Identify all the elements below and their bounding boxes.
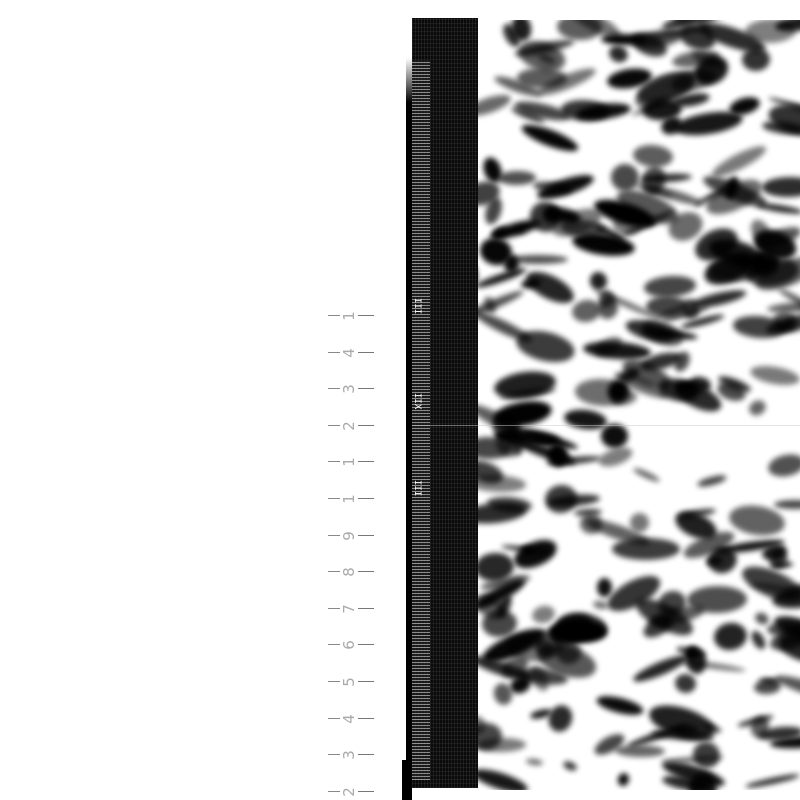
tick-line xyxy=(358,425,374,426)
texture-blob xyxy=(546,702,577,735)
ruler-digit: 1 xyxy=(339,309,359,323)
texture-blob xyxy=(749,363,800,389)
texture-blob xyxy=(643,274,696,298)
tick-line xyxy=(358,608,374,609)
texture-blob xyxy=(562,760,578,773)
film-scene xyxy=(478,20,800,790)
texture-blob xyxy=(601,424,629,448)
tick-line xyxy=(358,681,374,682)
texture-blob xyxy=(607,43,631,65)
ruler-tick: 2 xyxy=(320,782,380,800)
ruler-tick: 1 xyxy=(320,452,380,472)
texture-blob xyxy=(535,171,596,204)
texture-blob xyxy=(478,91,513,120)
texture-blob xyxy=(563,407,608,431)
tick-line xyxy=(358,644,374,645)
texture-blob xyxy=(514,326,578,367)
texture-blob xyxy=(712,620,749,653)
texture-blob xyxy=(478,737,526,752)
tick-line xyxy=(358,571,374,572)
texture-blob xyxy=(762,177,800,198)
ruler-tick: 9 xyxy=(320,526,380,546)
texture-blob xyxy=(589,270,610,292)
texture-blob xyxy=(521,265,578,309)
ruler-tick: 4 xyxy=(320,343,380,363)
texture-blob xyxy=(615,744,665,757)
ruler-tick: 3 xyxy=(320,745,380,765)
texture-blob xyxy=(770,561,794,569)
ruler-digit: 2 xyxy=(339,785,359,799)
ruler-tick: 8 xyxy=(320,562,380,582)
ruler-tick: 1 xyxy=(320,306,380,326)
texture-blob xyxy=(766,452,800,480)
ruler-tick: 3 xyxy=(320,379,380,399)
texture-blob xyxy=(497,171,535,186)
tick-line xyxy=(358,388,374,389)
ruler-digit: 6 xyxy=(339,638,359,652)
texture-blob xyxy=(531,603,557,625)
texture-blob xyxy=(746,398,767,419)
ruler-digit: 1 xyxy=(339,492,359,506)
texture-blob xyxy=(745,773,800,790)
film-mark-3: III xyxy=(412,480,422,494)
texture-blob xyxy=(774,500,800,509)
texture-blob xyxy=(510,534,561,574)
film-edge-bottom xyxy=(402,760,412,800)
texture-blob xyxy=(478,473,527,493)
texture-blob xyxy=(583,339,652,361)
texture-blob xyxy=(697,473,728,489)
ruler-digit: 4 xyxy=(339,346,359,360)
texture-blob xyxy=(687,585,747,613)
ruler-tick: 1 xyxy=(320,489,380,509)
tick-line xyxy=(358,791,374,792)
frame-divider-line xyxy=(412,425,800,426)
tick-line xyxy=(358,535,374,536)
texture-blob xyxy=(756,201,800,215)
texture-blob xyxy=(596,444,634,470)
texture-blob xyxy=(478,266,527,291)
tick-line xyxy=(358,315,374,316)
ruler-digit: 9 xyxy=(339,529,359,543)
ruler-tick: 5 xyxy=(320,672,380,692)
ruler-digit: 3 xyxy=(339,382,359,396)
texture-blob xyxy=(478,765,530,790)
tick-line xyxy=(358,352,374,353)
tick-line xyxy=(358,754,374,755)
ruler-digit: 1 xyxy=(339,455,359,469)
ruler-digit: 2 xyxy=(339,419,359,433)
texture-blob xyxy=(616,771,630,786)
film-mark-2: IIX xyxy=(412,393,422,407)
texture-blob xyxy=(727,502,787,539)
ruler-tick: 6 xyxy=(320,635,380,655)
texture-blob xyxy=(593,600,609,610)
texture-blob xyxy=(632,466,661,484)
ruler-tick: 4 xyxy=(320,709,380,729)
texture-blob xyxy=(709,141,769,181)
tick-line xyxy=(358,718,374,719)
texture-blob xyxy=(673,672,698,695)
ruler-digit: 7 xyxy=(339,602,359,616)
film-strip-texture xyxy=(412,60,430,780)
film-mark-1: III xyxy=(412,298,422,312)
texture-blob xyxy=(525,758,542,766)
texture-blob xyxy=(597,578,612,597)
texture-blob xyxy=(609,162,640,193)
ruler-tick: 7 xyxy=(320,599,380,619)
ruler: 14321198765432 xyxy=(320,300,390,800)
ruler-digit: 4 xyxy=(339,712,359,726)
ruler-digit: 5 xyxy=(339,675,359,689)
ruler-digit: 8 xyxy=(339,565,359,579)
texture-blob xyxy=(749,628,769,651)
tick-line xyxy=(358,461,374,462)
tick-line xyxy=(358,498,374,499)
texture-blob xyxy=(595,693,645,719)
ruler-tick: 2 xyxy=(320,416,380,436)
ruler-digit: 3 xyxy=(339,748,359,762)
texture-blob xyxy=(753,610,770,626)
texture-blob xyxy=(519,119,581,155)
